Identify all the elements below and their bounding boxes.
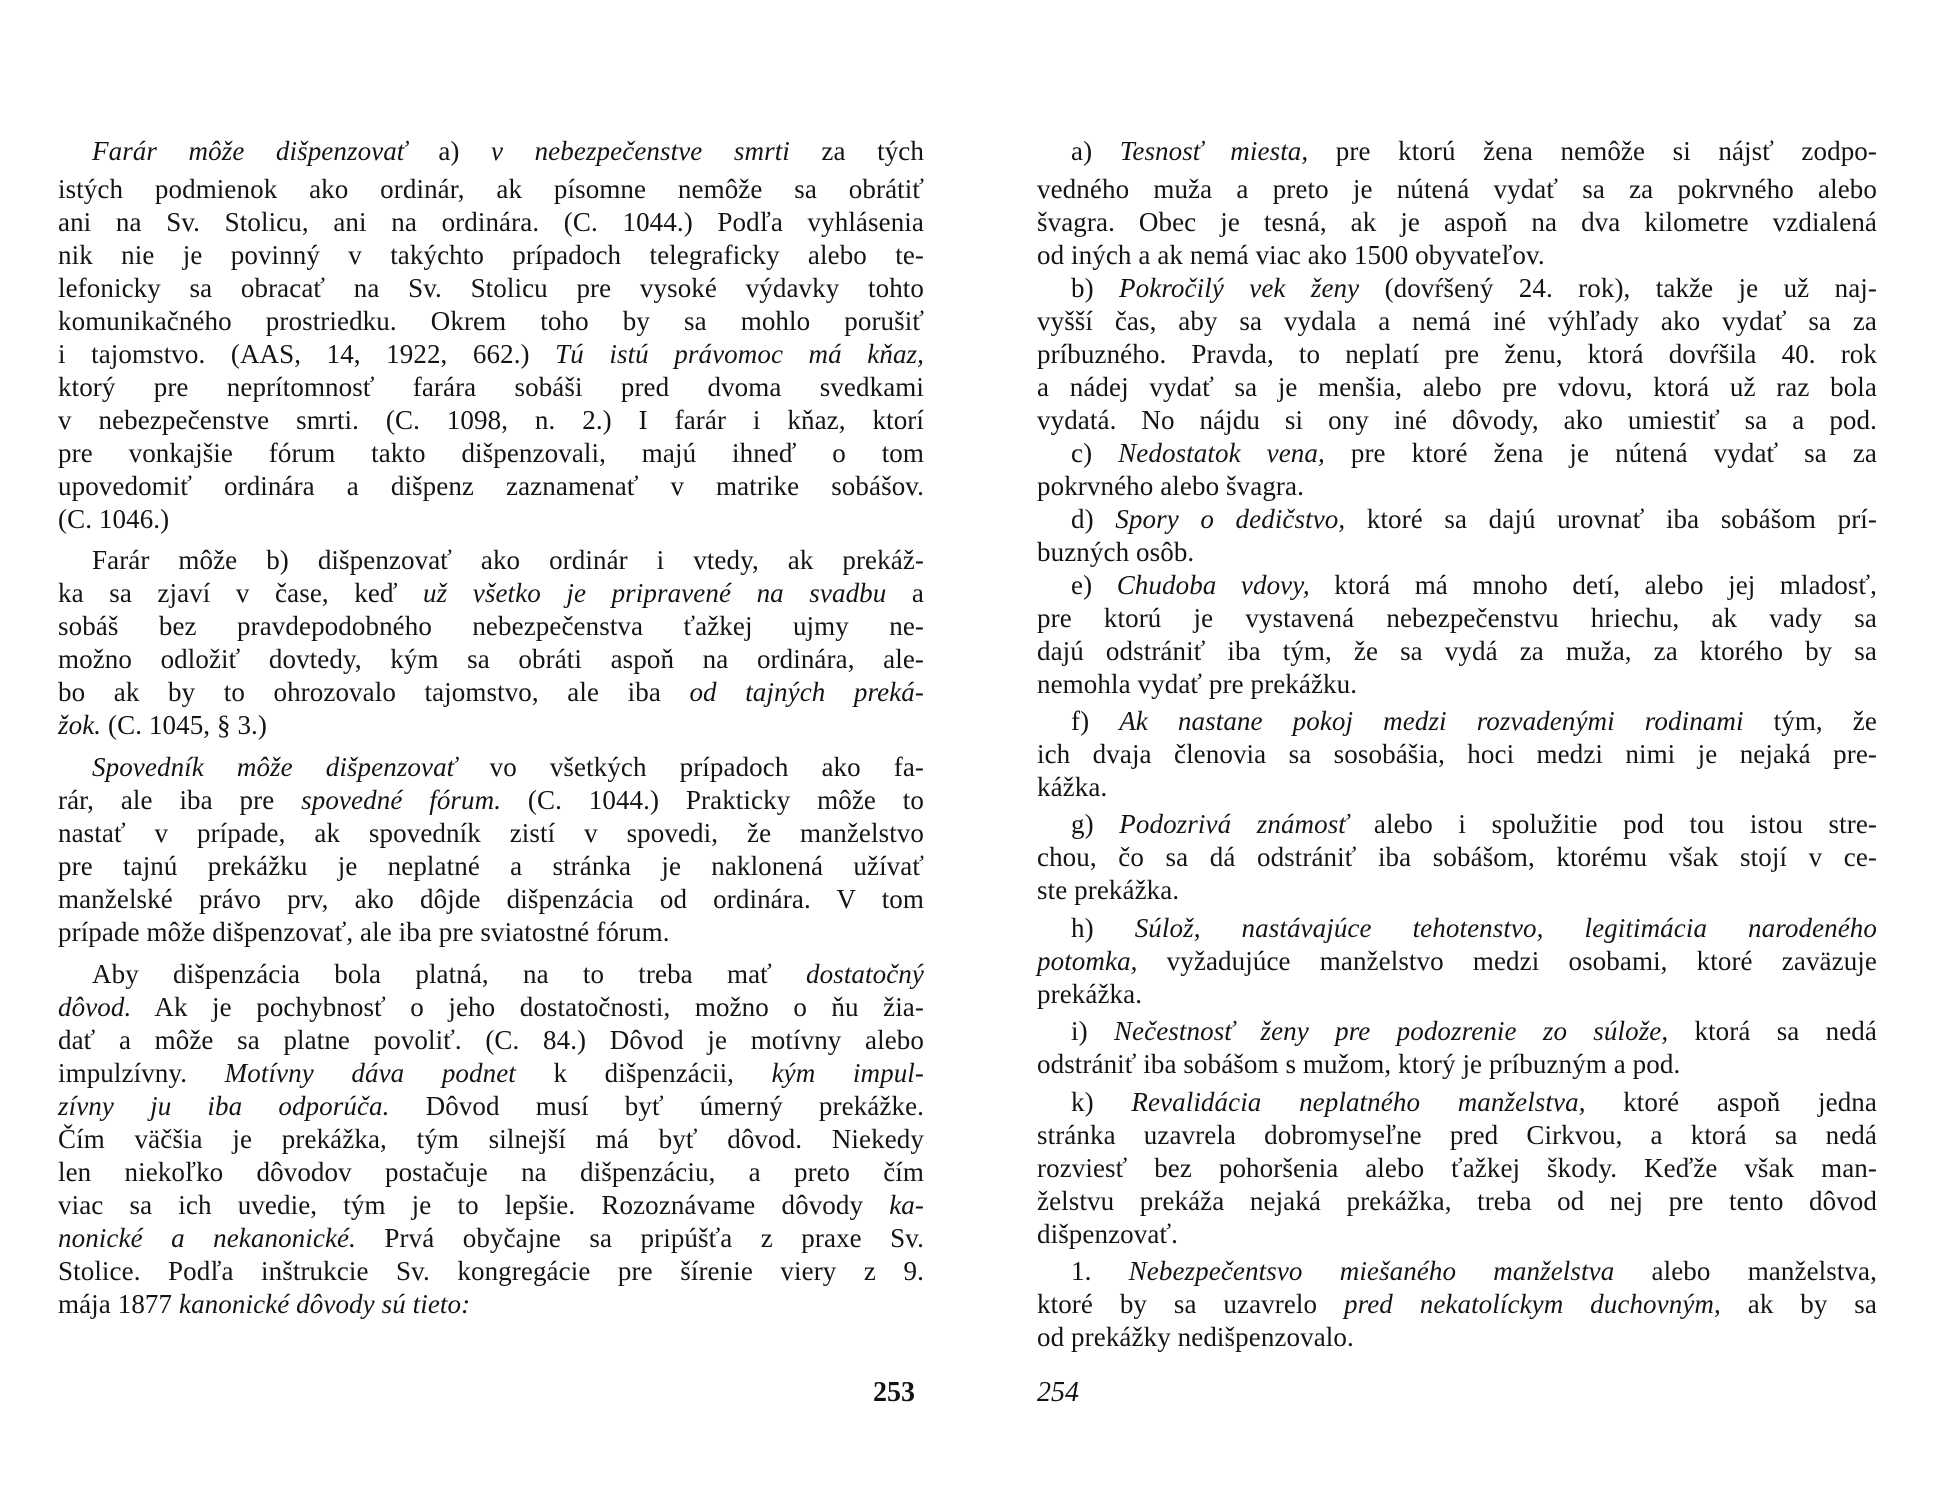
text-line: sobáš bez pravdepodobného nebezpečenstva… (58, 609, 924, 643)
italic-text: v nebezpečenstve smrti (491, 136, 790, 166)
body-text: ktoré by sa uzavrelo (1037, 1289, 1344, 1319)
text-line: chou, čo sa dá odstrániť iba sobášom, kt… (1037, 840, 1877, 874)
text-line: dôvod. Ak je pochybnosť o jeho dostatočn… (58, 990, 924, 1024)
body-text: odstrániť iba sobášom s mužom, ktorý je … (1037, 1049, 1680, 1079)
text-line: Aby dišpenzácia bola platná, na to treba… (58, 957, 924, 991)
right-page: a) Tesnosť miesta, pre ktorú žena nemôže… (971, 0, 1942, 1500)
text-line: dajú odstrániť iba tým, že sa vydá za mu… (1037, 634, 1877, 668)
italic-text: ka- (889, 1190, 924, 1220)
italic-text: už všetko je pripravené na svadbu (423, 578, 886, 608)
italic-text: od tajných preká- (689, 677, 924, 707)
text-line: vydatá. No nájdu si ony iné dôvody, ako … (1037, 403, 1877, 437)
text-line: nastať v prípade, ak spovedník zistí v s… (58, 816, 924, 850)
body-text: ktorá sa nedá (1668, 1016, 1877, 1046)
body-text: švagra. Obec je tesná, ak je aspoň na dv… (1037, 207, 1877, 237)
text-line: nonické a nekanonické. Prvá obyčajne sa … (58, 1221, 924, 1255)
body-text: nemohla vydať pre prekážku. (1037, 669, 1357, 699)
body-text: možno odložiť dovtedy, kým sa obráti asp… (58, 644, 924, 674)
text-line: Spovedník môže dišpenzovať vo všetkých p… (58, 750, 924, 784)
body-text: prípade môže dišpenzovať, ale iba pre sv… (58, 917, 670, 947)
body-text: d) (1071, 504, 1115, 534)
body-text: alebo manželstva, (1614, 1256, 1877, 1286)
text-line: vedného muža a preto je nútená vydať sa … (1037, 172, 1877, 206)
body-text: k) (1071, 1087, 1131, 1117)
body-text: sobáš bez pravdepodobného nebezpečenstva… (58, 611, 924, 641)
body-text: vydatá. No nájdu si ony iné dôvody, ako … (1037, 405, 1877, 435)
body-text: g) (1071, 809, 1119, 839)
italic-text: Súlož, nastávajúce tehotenstvo, legitimá… (1135, 913, 1877, 943)
text-line: pokrvného alebo švagra. (1037, 469, 1877, 503)
body-text: pre vonkajšie fórum takto dišpenzovali, … (58, 438, 924, 468)
body-text: rár, ale iba pre (58, 785, 301, 815)
text-line: bo ak by to ohrozovalo tajomstvo, ale ib… (58, 675, 924, 709)
body-text: príbuzného. Pravda, to neplatí pre ženu,… (1037, 339, 1877, 369)
body-text: pre tajnú prekážku je neplatné a stránka… (58, 851, 924, 881)
text-line: pre ktorú je vystavená nebezpečenstvu hr… (1037, 601, 1877, 635)
italic-text: zívny ju iba odporúča. (58, 1091, 390, 1121)
body-text: len niekoľko dôvodov postačuje na dišpen… (58, 1157, 924, 1187)
italic-text: potomka, (1037, 946, 1138, 976)
body-text: istých podmienok ako ordinár, ak písomne… (58, 174, 924, 204)
italic-text: Podozrivá známosť (1119, 809, 1348, 839)
italic-text: Chudoba vdovy, (1117, 570, 1310, 600)
text-line: ani na Sv. Stolicu, ani na ordinára. (C.… (58, 205, 924, 239)
text-line: impulzívny. Motívny dáva podnet k dišpen… (58, 1056, 924, 1090)
body-text: (dovŕšený 24. rok), takže je už naj- (1359, 273, 1877, 303)
body-text: alebo i spolužitie pod tou istou stre- (1348, 809, 1877, 839)
body-text: a) (407, 136, 491, 166)
text-line: švagra. Obec je tesná, ak je aspoň na dv… (1037, 205, 1877, 239)
left-page: Farár môže dišpenzovať a) v nebezpečenst… (0, 0, 971, 1500)
italic-text: dôvod. (58, 992, 131, 1022)
text-line: odstrániť iba sobášom s mužom, ktorý je … (1037, 1047, 1877, 1081)
body-text: vedného muža a preto je nútená vydať sa … (1037, 174, 1877, 204)
italic-text: Ak nastane pokoj medzi rozvadenými rodin… (1119, 706, 1743, 736)
body-text: ich dvaja členovia sa sosobášia, hoci me… (1037, 739, 1877, 769)
italic-text: žok. (58, 710, 101, 740)
text-line: manželské právo prv, ako dôjde dišpenzác… (58, 882, 924, 916)
body-text: i) (1071, 1016, 1114, 1046)
text-line: pre vonkajšie fórum takto dišpenzovali, … (58, 436, 924, 470)
body-text: f) (1071, 706, 1119, 736)
body-text: b) (1071, 273, 1119, 303)
body-text: ani na Sv. Stolicu, ani na ordinára. (C.… (58, 207, 924, 237)
italic-text: Motívny dáva podnet (225, 1058, 516, 1088)
body-text: upovedomiť ordinára a dišpenz zaznamenať… (58, 471, 924, 501)
text-line: lefonicky sa obracať na Sv. Stolicu pre … (58, 271, 924, 305)
body-text: v nebezpečenstve smrti. (C. 1098, n. 2.)… (58, 405, 924, 435)
body-text: c) (1071, 438, 1118, 468)
text-line: zívny ju iba odporúča. Dôvod musí byť úm… (58, 1089, 924, 1123)
italic-text: Pokročilý vek ženy (1119, 273, 1359, 303)
text-line: e) Chudoba vdovy, ktorá má mnoho detí, a… (1037, 568, 1877, 602)
text-line: pre tajnú prekážku je neplatné a stránka… (58, 849, 924, 883)
text-line: od prekážky nedišpenzovalo. (1037, 1320, 1877, 1354)
body-text: rozviesť bez pohoršenia alebo ťažkej ško… (1037, 1153, 1877, 1183)
text-line: upovedomiť ordinára a dišpenz zaznamenať… (58, 469, 924, 503)
body-text: a) (1071, 136, 1120, 166)
body-text: Čím väčšia je prekážka, tým silnejší má … (58, 1124, 924, 1154)
body-text: od iných a ak nemá viac ako 1500 obyvate… (1037, 240, 1545, 270)
body-text: ste prekážka. (1037, 875, 1179, 905)
italic-text: Tesnosť miesta, (1120, 136, 1309, 166)
body-text: a (886, 578, 924, 608)
page-number: 253 (873, 1376, 915, 1410)
body-text: Prvá obyčajne sa pripúšťa z praxe Sv. (356, 1223, 924, 1253)
body-text: ktorý pre neprítomnosť farára sobáši pre… (58, 372, 924, 402)
body-text: pokrvného alebo švagra. (1037, 471, 1304, 501)
text-line: Farár môže b) dišpenzovať ako ordinár i … (58, 543, 924, 577)
body-text: ak by sa (1721, 1289, 1877, 1319)
text-line: ktorý pre neprítomnosť farára sobáši pre… (58, 370, 924, 404)
text-line: 1. Nebezpečentsvo miešaného manželstva a… (1037, 1254, 1877, 1288)
body-text: lefonicky sa obracať na Sv. Stolicu pre … (58, 273, 924, 303)
text-line: g) Podozrivá známosť alebo i spolužitie … (1037, 807, 1877, 841)
body-text: želstvu prekáža nejaká prekážka, treba o… (1037, 1186, 1877, 1216)
text-line: ste prekážka. (1037, 873, 1877, 907)
body-text: a nádej vydať sa je menšia, alebo pre vd… (1037, 372, 1877, 402)
body-text: ka sa zjaví v čase, keď (58, 578, 423, 608)
body-text: Aby dišpenzácia bola platná, na to treba… (92, 959, 806, 989)
text-line: Stolice. Podľa inštrukcie Sv. kongregáci… (58, 1254, 924, 1288)
body-text: impulzívny. (58, 1058, 225, 1088)
italic-text: nonické a nekanonické. (58, 1223, 356, 1253)
body-text: Farár môže b) dišpenzovať ako ordinár i … (92, 545, 924, 575)
text-line: buzných osôb. (1037, 535, 1877, 569)
text-line: kážka. (1037, 770, 1877, 804)
italic-text: Nedostatok vena, (1118, 438, 1325, 468)
text-line: ka sa zjaví v čase, keď už všetko je pri… (58, 576, 924, 610)
body-text: ktoré sa dajú urovnať iba sobášom prí- (1345, 504, 1877, 534)
body-text: pre ktorú žena nemôže si nájsť zodpo- (1308, 136, 1877, 166)
text-line: v nebezpečenstve smrti. (C. 1098, n. 2.)… (58, 403, 924, 437)
body-text: e) (1071, 570, 1117, 600)
italic-text: kým impul- (772, 1058, 924, 1088)
text-line: b) Pokročilý vek ženy (dovŕšený 24. rok)… (1037, 271, 1877, 305)
body-text: i tajomstvo. (AAS, 14, 1922, 662.) (58, 339, 555, 369)
text-line: nik nie je povinný v takýchto prípadoch … (58, 238, 924, 272)
text-line: prípade môže dišpenzovať, ale iba pre sv… (58, 915, 924, 949)
body-text: vo všetkých prípadoch ako fa- (457, 752, 924, 782)
italic-text: Tú istú právomoc má kňaz, (555, 339, 924, 369)
text-line: k) Revalidácia neplatného manželstva, kt… (1037, 1085, 1877, 1119)
body-text: kážka. (1037, 772, 1107, 802)
text-line: i tajomstvo. (AAS, 14, 1922, 662.) Tú is… (58, 337, 924, 371)
body-text: tým, že (1744, 706, 1877, 736)
text-line: komunikačného prostriedku. Okrem toho by… (58, 304, 924, 338)
text-line: stránka uzavrela dobromyseľne pred Cirkv… (1037, 1118, 1877, 1152)
text-line: prekážka. (1037, 977, 1877, 1011)
text-line: (C. 1046.) (58, 502, 924, 536)
text-line: príbuzného. Pravda, to neplatí pre ženu,… (1037, 337, 1877, 371)
body-text: Dôvod musí byť úmerný prekážke. (390, 1091, 925, 1121)
body-text: pre ktoré žena je nútená vydať sa za (1325, 438, 1877, 468)
text-line: Farár môže dišpenzovať a) v nebezpečenst… (58, 134, 924, 168)
body-text: viac sa ich uvedie, tým je to lepšie. Ro… (58, 1190, 889, 1220)
text-line: i) Nečestnosť ženy pre podozrenie zo súl… (1037, 1014, 1877, 1048)
text-line: f) Ak nastane pokoj medzi rozvadenými ro… (1037, 704, 1877, 738)
body-text: nik nie je povinný v takýchto prípadoch … (58, 240, 924, 270)
italic-text: spovedné fórum. (301, 785, 501, 815)
text-line: nemohla vydať pre prekážku. (1037, 667, 1877, 701)
text-line: od iných a ak nemá viac ako 1500 obyvate… (1037, 238, 1877, 272)
text-line: a nádej vydať sa je menšia, alebo pre vd… (1037, 370, 1877, 404)
body-text: mája 1877 (58, 1289, 179, 1319)
italic-text: pred nekatolíckym duchovným, (1344, 1289, 1721, 1319)
italic-text: Revalidácia neplatného manželstva, (1131, 1087, 1585, 1117)
body-text: k dišpenzácii, (516, 1058, 772, 1088)
page-number: 254 (1037, 1376, 1079, 1410)
body-text: bo ak by to ohrozovalo tajomstvo, ale ib… (58, 677, 689, 707)
text-line: h) Súlož, nastávajúce tehotenstvo, legit… (1037, 911, 1877, 945)
body-text: pre ktorú je vystavená nebezpečenstvu hr… (1037, 603, 1877, 633)
italic-text: kanonické dôvody sú tieto: (179, 1289, 470, 1319)
text-line: dať a môže sa platne povoliť. (C. 84.) D… (58, 1023, 924, 1057)
body-text: 1. (1071, 1256, 1129, 1286)
body-text: za tých (790, 136, 924, 166)
italic-text: Spory o dedičstvo, (1115, 504, 1345, 534)
italic-text: Nečestnosť ženy pre podozrenie zo súlože… (1114, 1016, 1668, 1046)
body-text: od prekážky nedišpenzovalo. (1037, 1322, 1354, 1352)
text-line: rár, ale iba pre spovedné fórum. (C. 104… (58, 783, 924, 817)
body-text: vyžadujúce manželstvo medzi osobami, kto… (1138, 946, 1877, 976)
text-line: Čím väčšia je prekážka, tým silnejší má … (58, 1122, 924, 1156)
italic-text: Nebezpečentsvo miešaného manželstva (1129, 1256, 1615, 1286)
text-line: vyšší čas, aby sa vydala a nemá iné výhľ… (1037, 304, 1877, 338)
text-line: žok. (C. 1045, § 3.) (58, 708, 924, 742)
text-line: c) Nedostatok vena, pre ktoré žena je nú… (1037, 436, 1877, 470)
body-text: ktorá má mnoho detí, alebo jej mladosť, (1310, 570, 1877, 600)
text-line: možno odložiť dovtedy, kým sa obráti asp… (58, 642, 924, 676)
text-line: potomka, vyžadujúce manželstvo medzi oso… (1037, 944, 1877, 978)
text-line: d) Spory o dedičstvo, ktoré sa dajú urov… (1037, 502, 1877, 536)
text-line: istých podmienok ako ordinár, ak písomne… (58, 172, 924, 206)
body-text: dajú odstrániť iba tým, že sa vydá za mu… (1037, 636, 1877, 666)
text-line: len niekoľko dôvodov postačuje na dišpen… (58, 1155, 924, 1189)
body-text: (C. 1046.) (58, 504, 169, 534)
body-text: (C. 1045, § 3.) (101, 710, 267, 740)
body-text: dať a môže sa platne povoliť. (C. 84.) D… (58, 1025, 924, 1055)
body-text: manželské právo prv, ako dôjde dišpenzác… (58, 884, 924, 914)
text-line: ktoré by sa uzavrelo pred nekatolíckym d… (1037, 1287, 1877, 1321)
italic-text: dostatočný (806, 959, 924, 989)
italic-text: Farár môže dišpenzovať (92, 136, 407, 166)
body-text: nastať v prípade, ak spovedník zistí v s… (58, 818, 924, 848)
text-line: viac sa ich uvedie, tým je to lepšie. Ro… (58, 1188, 924, 1222)
body-text: (C. 1044.) Prakticky môže to (501, 785, 924, 815)
body-text: vyšší čas, aby sa vydala a nemá iné výhľ… (1037, 306, 1877, 336)
text-line: a) Tesnosť miesta, pre ktorú žena nemôže… (1037, 134, 1877, 168)
body-text: Ak je pochybnosť o jeho dostatočnosti, m… (131, 992, 924, 1022)
body-text: buzných osôb. (1037, 537, 1194, 567)
text-line: dišpenzovať. (1037, 1217, 1877, 1251)
text-line: mája 1877 kanonické dôvody sú tieto: (58, 1287, 924, 1321)
body-text: h) (1071, 913, 1135, 943)
text-line: ich dvaja členovia sa sosobášia, hoci me… (1037, 737, 1877, 771)
body-text: prekážka. (1037, 979, 1142, 1009)
body-text: Stolice. Podľa inštrukcie Sv. kongregáci… (58, 1256, 924, 1286)
body-text: komunikačného prostriedku. Okrem toho by… (58, 306, 924, 336)
text-line: želstvu prekáža nejaká prekážka, treba o… (1037, 1184, 1877, 1218)
body-text: stránka uzavrela dobromyseľne pred Cirkv… (1037, 1120, 1877, 1150)
body-text: ktoré aspoň jedna (1586, 1087, 1877, 1117)
italic-text: Spovedník môže dišpenzovať (92, 752, 457, 782)
body-text: dišpenzovať. (1037, 1219, 1178, 1249)
text-line: rozviesť bez pohoršenia alebo ťažkej ško… (1037, 1151, 1877, 1185)
body-text: chou, čo sa dá odstrániť iba sobášom, kt… (1037, 842, 1877, 872)
